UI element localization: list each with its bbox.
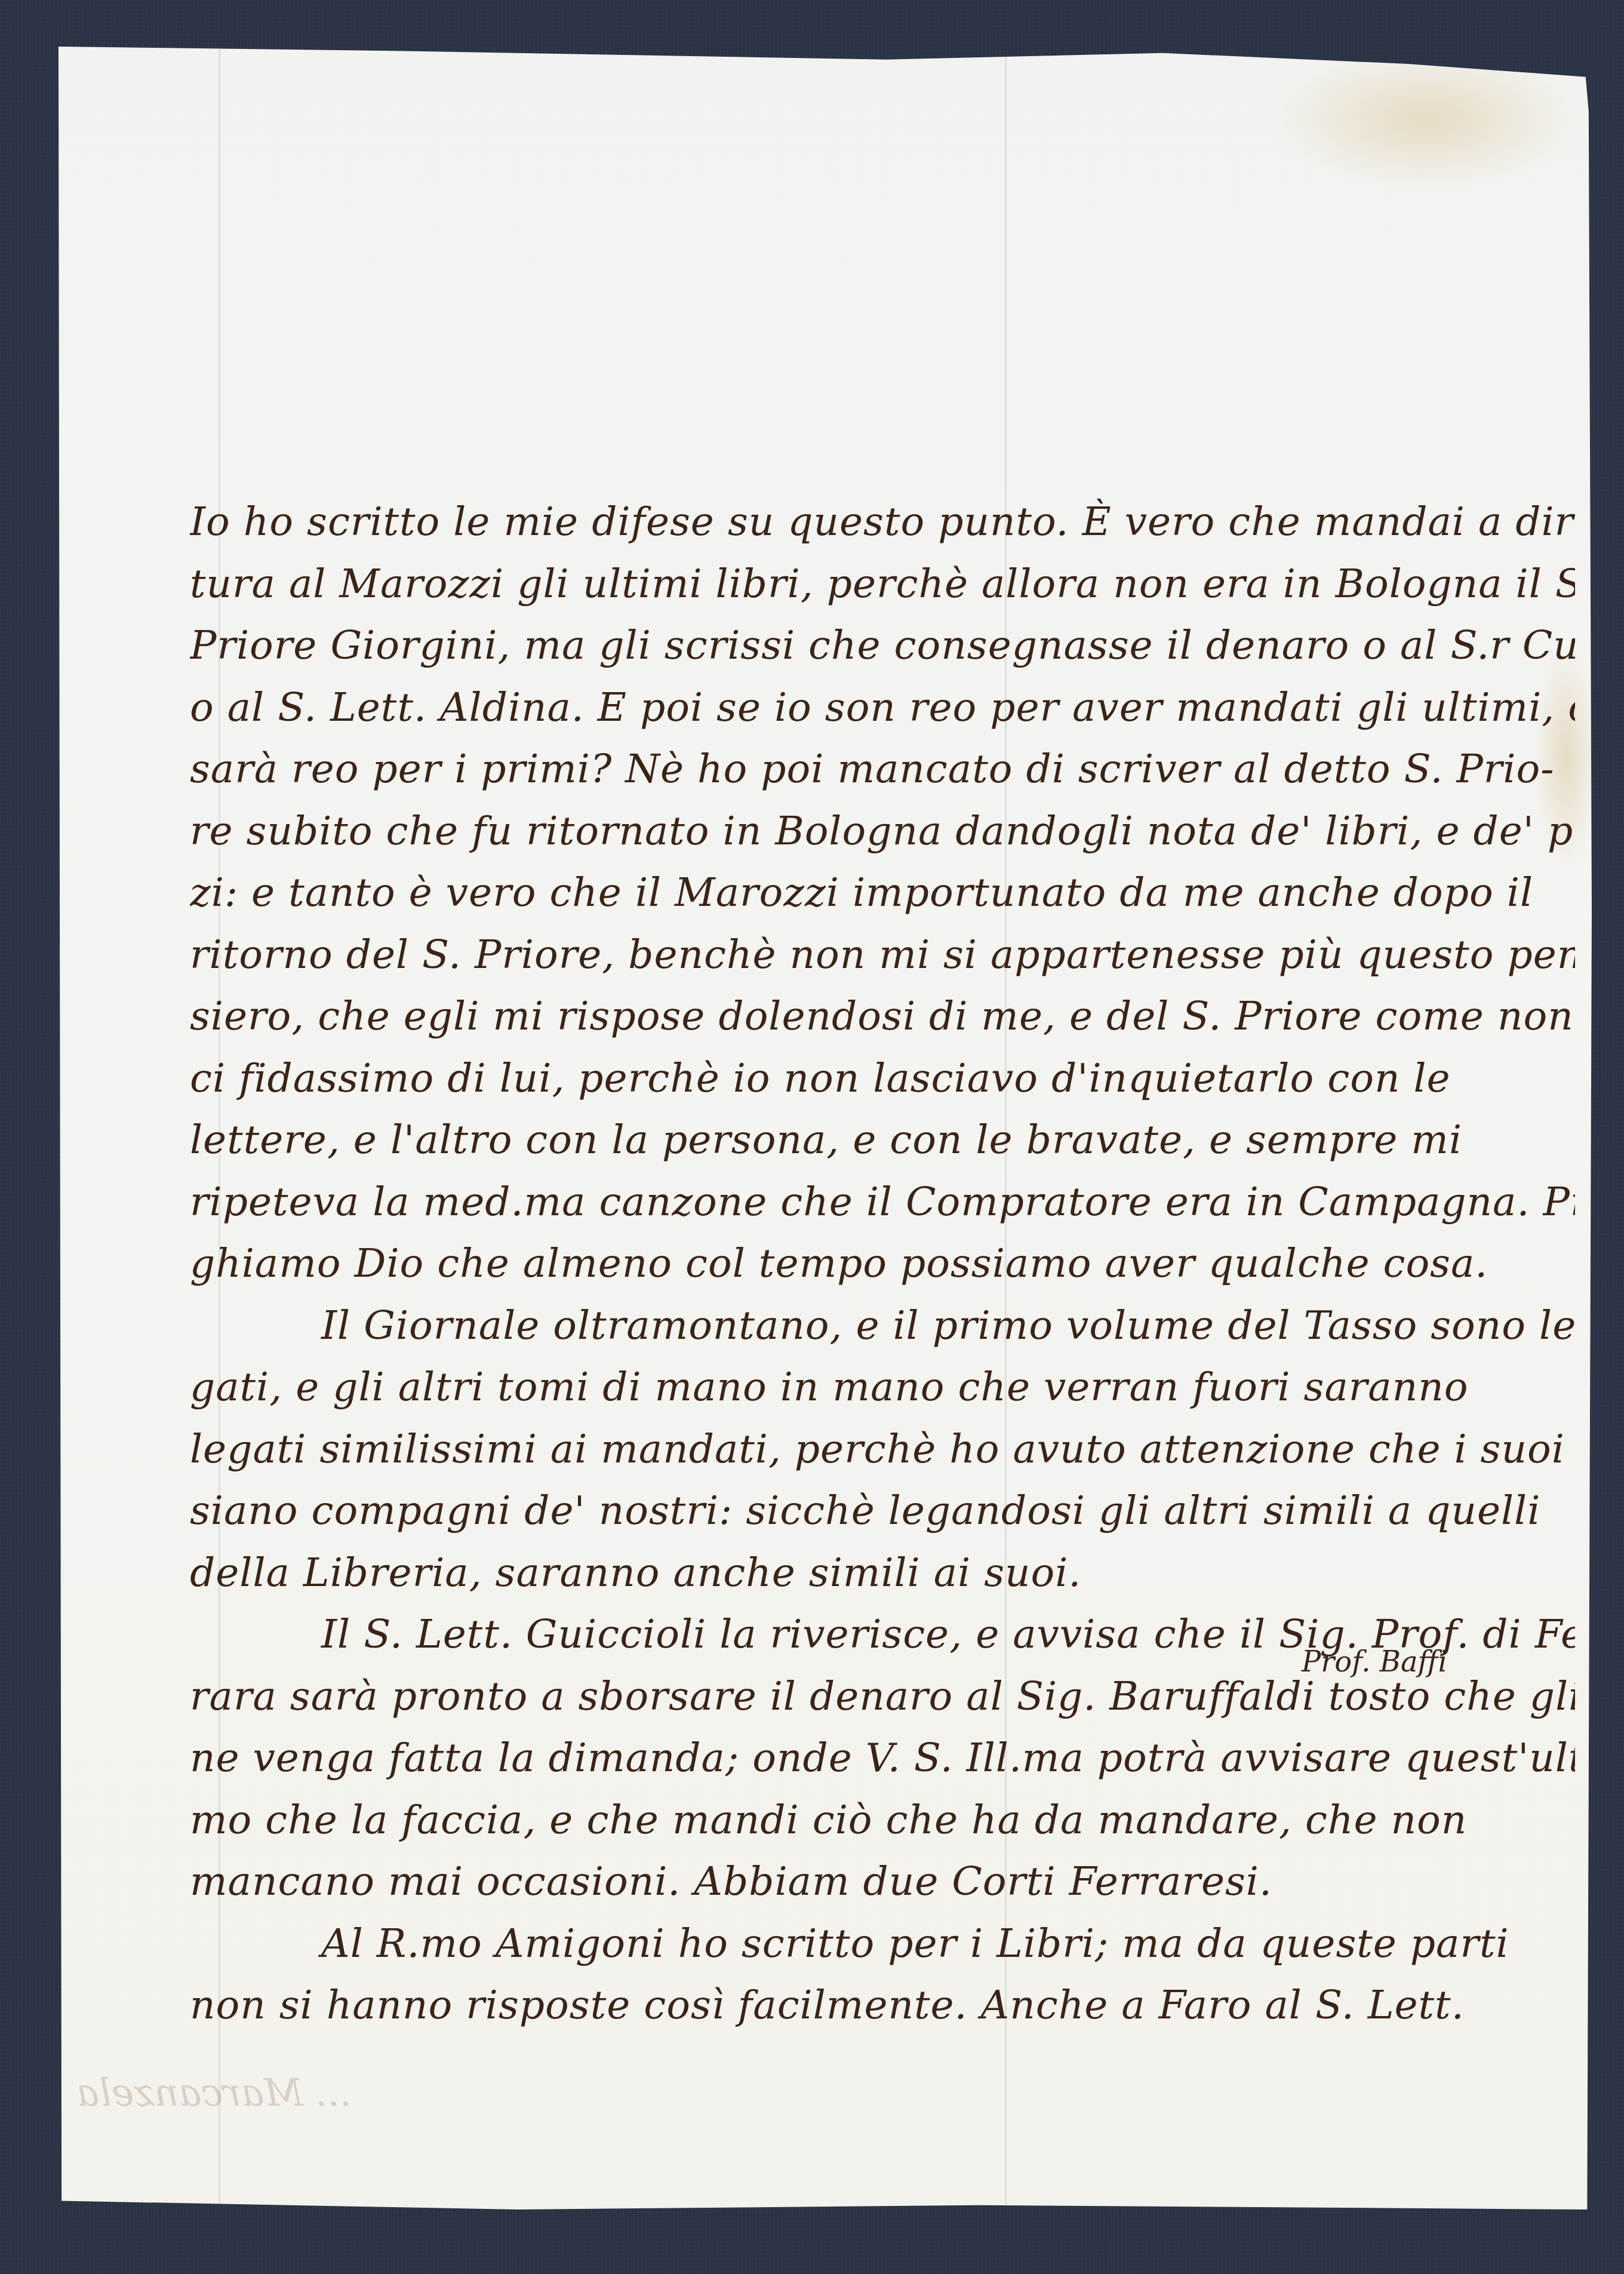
text-line: mancano mai occasioni. Abbiam due Corti … [190,1851,1575,1913]
text-line: ghiamo Dio che almeno col tempo possiamo… [190,1233,1575,1295]
letter-body: Io ho scritto le mie difese su questo pu… [190,491,1575,2036]
text-line: re subito che fu ritornato in Bologna da… [190,800,1575,862]
text-line: mo che la faccia, e che mandi ciò che ha… [190,1789,1575,1851]
text-line: siero, che egli mi rispose dolendosi di … [190,985,1575,1047]
text-line: tura al Marozzi gli ultimi libri, perchè… [190,553,1575,615]
paragraph-start-line: Il Giornale oltramontano, e il primo vol… [190,1295,1575,1357]
interlinear-note: Prof. Baffi [1302,1645,1447,1679]
text-line: lettere, e l'altro con la persona, e con… [190,1109,1575,1171]
text-line: gati, e gli altri tomi di mano in mano c… [190,1356,1575,1418]
text-line: zi: e tanto è vero che il Marozzi import… [190,862,1575,924]
text-line: Priore Giorgini, ma gli scrissi che cons… [190,614,1575,677]
water-stain [1265,47,1587,190]
text-line: ritorno del S. Priore, benchè non mi si … [190,924,1575,986]
bleed-through-text: ... Marcanzela [76,2071,352,2115]
text-line: ne venga fatta la dimanda; onde V. S. Il… [190,1727,1575,1789]
text-line: legati similissimi ai mandati, perchè ho… [190,1418,1575,1480]
text-line: siano compagni de' nostri: sicchè legand… [190,1480,1575,1542]
text-line: ripeteva la med.ma canzone che il Compra… [190,1171,1575,1233]
text-line: Io ho scritto le mie difese su questo pu… [190,491,1575,553]
text-line: non si hanno risposte così facilmente. A… [190,1974,1575,2036]
text-line: o al S. Lett. Aldina. E poi se io son re… [190,677,1575,739]
text-line: ci fidassimo di lui, perchè io non lasci… [190,1047,1575,1110]
text-line: della Libreria, saranno anche simili ai … [190,1542,1575,1604]
text-line: sarà reo per i primi? Nè ho poi mancato … [190,738,1575,800]
paragraph-start-line: Al R.mo Amigoni ho scritto per i Libri; … [190,1913,1575,1975]
